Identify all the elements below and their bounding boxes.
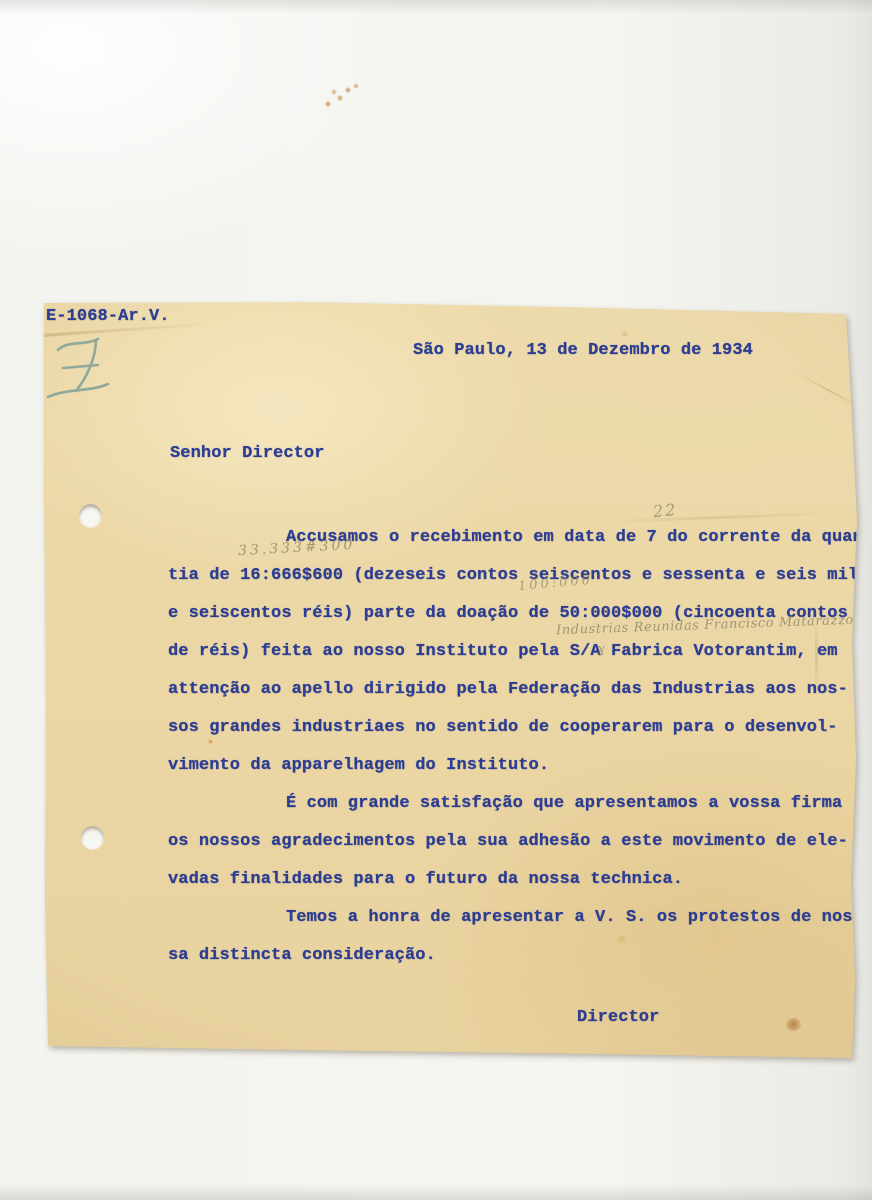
paper-shadow: E-1068-Ar.V. São Paulo, 13 de Dezembro d… <box>0 0 872 1200</box>
typed-line: attenção ao apello dirigido pela Federaç… <box>168 680 872 718</box>
typed-line: vimento da apparelhagem do Instituto. <box>168 756 872 794</box>
paper-crease <box>794 371 866 410</box>
scanned-letter-page: E-1068-Ar.V. São Paulo, 13 de Dezembro d… <box>0 0 872 1200</box>
handwritten-page-number <box>46 334 146 400</box>
archive-reference: E-1068-Ar.V. <box>46 307 170 326</box>
typed-line: vadas finalidades para o futuro da nossa… <box>168 870 872 908</box>
typed-line: de réis) feita ao nosso Instituto pela S… <box>168 642 872 680</box>
typed-line: os nossos agradecimentos pela sua adhesã… <box>168 832 872 870</box>
punch-hole-top <box>79 504 102 527</box>
salutation: Senhor Director <box>170 444 325 463</box>
fox-spot <box>620 330 629 338</box>
dateline: São Paulo, 13 de Dezembro de 1934 <box>413 341 753 360</box>
typed-line: É com grande satisfação que apresentamos… <box>168 794 872 832</box>
letter-paper: E-1068-Ar.V. São Paulo, 13 de Dezembro d… <box>0 0 872 1200</box>
pencil-note-corrente: 22 <box>652 500 678 521</box>
typed-line: sos grandes industriaes no sentido de co… <box>168 718 872 756</box>
punch-hole-bottom <box>81 826 104 849</box>
paper-crease <box>600 512 840 523</box>
rust-stain <box>786 1018 801 1031</box>
typed-line: sa distincta consideração. <box>168 946 872 984</box>
signature-title: Director <box>577 1008 659 1027</box>
typed-line: Temos a honra de apresentar a V. S. os p… <box>168 908 872 946</box>
pencil-insertion-mark: ɣ <box>597 642 605 657</box>
